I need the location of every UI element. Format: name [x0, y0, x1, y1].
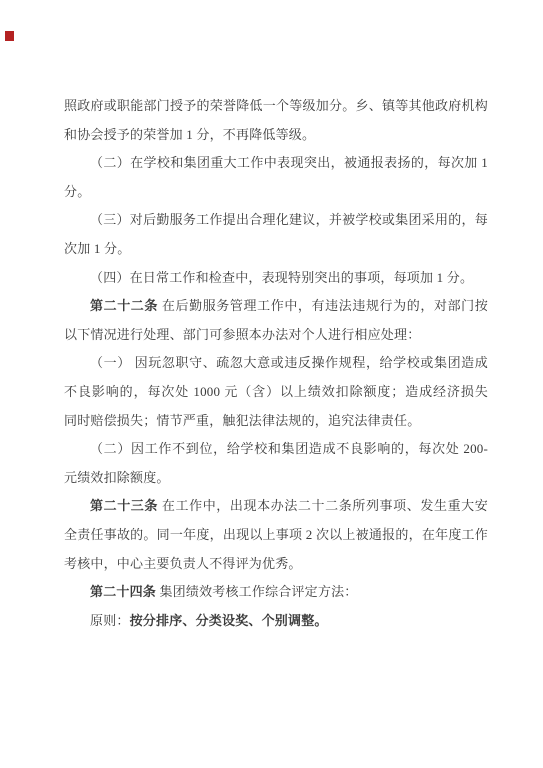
text-line: 第二十四条 集团绩效考核工作综合评定方法：	[64, 578, 488, 607]
text-line: 照政府或职能部门授予的荣誉降低一个等级加分。乡、镇等其他政府机构	[64, 92, 488, 121]
text-line: 次加 1 分。	[64, 235, 488, 264]
line-text: 全责任事故的。同一年度，出现以上事项 2 次以上被通报的，在年度工作	[64, 527, 488, 542]
line-text: 集团绩效考核工作综合评定方法：	[156, 584, 357, 599]
line-text: 在后勤服务管理工作中，有违法违规行为的，对部门按	[158, 298, 488, 313]
clause-number: 第二十四条	[90, 584, 156, 599]
line-text: （三）对后勤服务工作提出合理化建议，并被学校或集团采用的，每	[90, 212, 488, 227]
line-text: 元绩效扣除额度。	[64, 470, 170, 485]
text-line: 和协会授予的荣誉加 1 分，不再降低等级。	[64, 121, 488, 150]
text-line: 第二十三条 在工作中，出现本办法二十二条所列事项、发生重大安	[64, 492, 488, 521]
text-line: 以下情况进行处理、部门可参照本办法对个人进行相应处理：	[64, 321, 488, 350]
text-line: （一） 因玩忽职守、疏忽大意或违反操作规程，给学校或集团造成	[64, 349, 488, 378]
line-text: 次加 1 分。	[64, 241, 130, 256]
text-line: 全责任事故的。同一年度，出现以上事项 2 次以上被通报的，在年度工作	[64, 521, 488, 550]
line-text: 不良影响的，每次处 1000 元（含）以上绩效扣除额度；造成经济损失的，	[64, 384, 488, 407]
text-line: （二）在学校和集团重大工作中表现突出，被通报表扬的，每次加 1	[64, 149, 488, 178]
text-line: （三）对后勤服务工作提出合理化建议，并被学校或集团采用的，每	[64, 206, 488, 235]
line-text: 分。	[64, 184, 90, 199]
line-text: 原则：	[90, 613, 130, 628]
text-line: 同时赔偿损失；情节严重，触犯法律法规的，追究法律责任。	[64, 407, 488, 436]
line-text: （四）在日常工作和检查中，表现特别突出的事项，每项加 1 分。	[90, 270, 473, 285]
line-text: （一） 因玩忽职守、疏忽大意或违反操作规程，给学校或集团造成	[90, 355, 488, 370]
text-line: 第二十二条 在后勤服务管理工作中，有违法违规行为的，对部门按	[64, 292, 488, 321]
line-text: 在工作中，出现本办法二十二条所列事项、发生重大安	[158, 498, 488, 513]
line-text: 考核中，中心主要负责人不得评为优秀。	[64, 556, 302, 571]
line-text: 和协会授予的荣誉加 1 分，不再降低等级。	[64, 127, 315, 142]
text-line: 不良影响的，每次处 1000 元（含）以上绩效扣除额度；造成经济损失的，	[64, 378, 488, 407]
line-text: 照政府或职能部门授予的荣誉降低一个等级加分。乡、镇等其他政府机构	[64, 98, 488, 113]
document-body: 照政府或职能部门授予的荣誉降低一个等级加分。乡、镇等其他政府机构 和协会授予的荣…	[64, 92, 488, 635]
document-page: 照政府或职能部门授予的荣誉降低一个等级加分。乡、镇等其他政府机构 和协会授予的荣…	[0, 0, 543, 768]
line-text: （二）在学校和集团重大工作中表现突出，被通报表扬的，每次加 1	[90, 155, 488, 170]
clause-number: 第二十二条	[90, 298, 158, 313]
line-text: （二）因工作不到位，给学校和集团造成不良影响的，每次处 200-400	[64, 441, 488, 464]
text-line: 分。	[64, 178, 488, 207]
text-line: 考核中，中心主要负责人不得评为优秀。	[64, 550, 488, 579]
text-line: （四）在日常工作和检查中，表现特别突出的事项，每项加 1 分。	[64, 264, 488, 293]
text-line: 元绩效扣除额度。	[64, 464, 488, 493]
clause-number: 第二十三条	[90, 498, 158, 513]
red-corner-mark	[5, 31, 14, 41]
text-line: 原则：按分排序、分类设奖、个别调整。	[64, 607, 488, 636]
principle-emphasis: 按分排序、分类设奖、个别调整。	[130, 613, 328, 628]
line-text: 以下情况进行处理、部门可参照本办法对个人进行相应处理：	[64, 327, 420, 342]
text-line: （二）因工作不到位，给学校和集团造成不良影响的，每次处 200-400	[64, 435, 488, 464]
line-text: 同时赔偿损失；情节严重，触犯法律法规的，追究法律责任。	[64, 413, 420, 428]
